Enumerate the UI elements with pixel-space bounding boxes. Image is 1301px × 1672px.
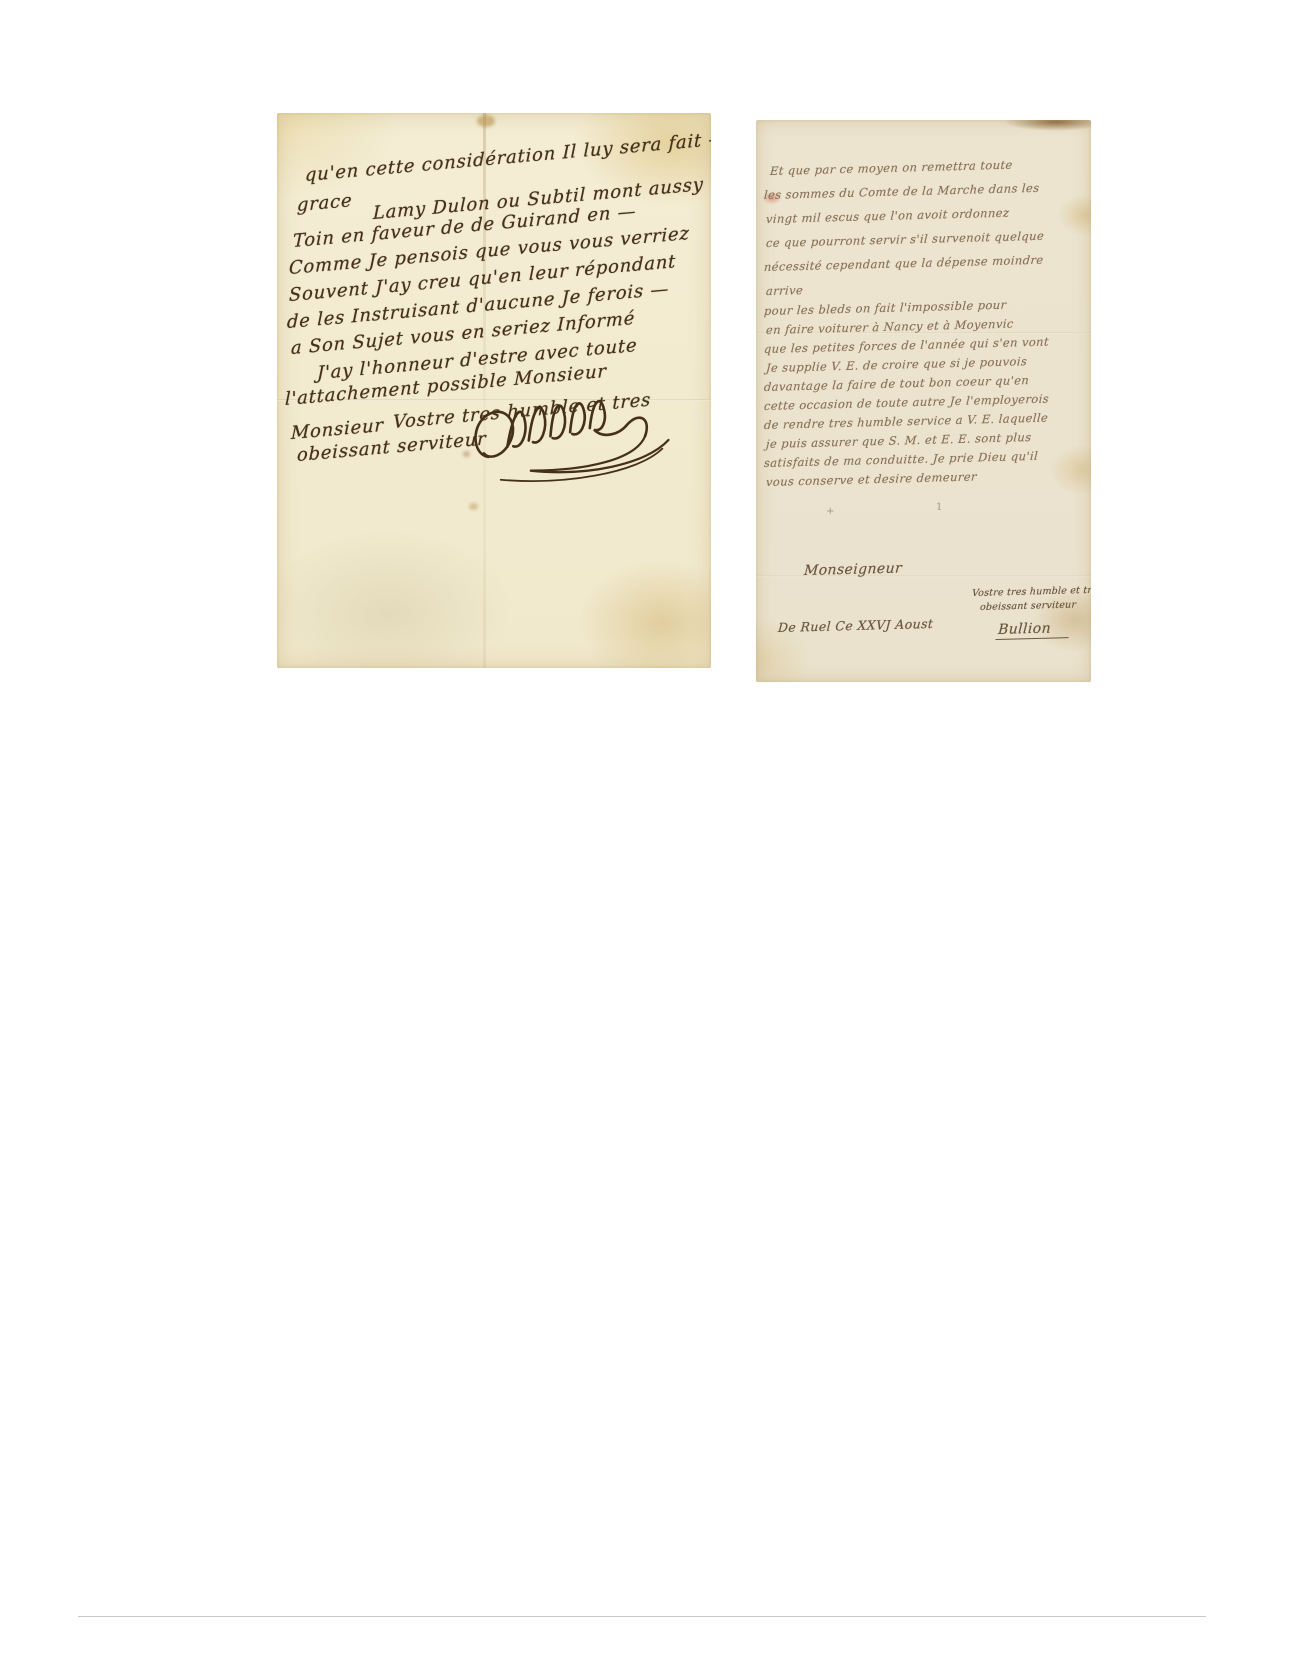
signature-bullion: Bullion (995, 620, 1069, 640)
ink-stain (477, 115, 495, 127)
dateline: De Ruel Ce XXVJ Aoust (778, 616, 934, 635)
footer-divider (78, 1616, 1206, 1617)
scanned-document-canvas: qu'en cette considération Il luy sera fa… (0, 0, 1301, 1672)
manuscript-line: Je supplie V. E. de croire que si je pou… (766, 354, 1028, 375)
salutation: Monseigneur (804, 560, 903, 579)
manuscript-line: que les petites forces de l'année qui s'… (764, 335, 1050, 356)
manuscript-line: pour les bleds on fait l'impossible pour (764, 298, 1007, 318)
signature-flourish (463, 391, 678, 486)
manuscript-line: nécessité cependant que la dépense moind… (764, 253, 1044, 274)
ink-stain (469, 503, 478, 510)
manuscript-line: cette occasion de toute autre Je l'emplo… (764, 392, 1050, 413)
manuscript-page-right: Et que par ce moyen on remettra toute le… (756, 120, 1091, 682)
manuscript-line: vous conserve et desire demeurer (766, 469, 978, 489)
pencil-mark: + (826, 506, 834, 517)
valediction-line: obeissant serviteur (980, 599, 1077, 613)
manuscript-line: davantage la faire de tout bon coeur qu'… (764, 373, 1030, 394)
manuscript-line: de rendre tres humble service a V. E. la… (764, 411, 1049, 432)
manuscript-line: je puis assurer que S. M. et E. E. sont … (766, 430, 1032, 451)
manuscript-line: grace (297, 190, 353, 216)
manuscript-line: arrive (766, 283, 804, 298)
manuscript-line: Et que par ce moyen on remettra toute (770, 158, 1014, 178)
valediction-line: Vostre tres humble et tres (972, 585, 1091, 599)
pencil-mark: 1 (936, 502, 942, 513)
manuscript-line: les sommes du Comte de la Marche dans le… (764, 181, 1040, 202)
manuscript-line: vingt mil escus que l'on avoit ordonnez (766, 206, 1010, 226)
manuscript-page-left: qu'en cette considération Il luy sera fa… (277, 113, 711, 668)
manuscript-line: ce que pourront servir s'il survenoit qu… (766, 229, 1045, 250)
manuscript-line: satisfaits de ma conduitte. Je prie Dieu… (764, 449, 1039, 470)
manuscript-line: qu'en cette considération Il luy sera fa… (305, 128, 711, 186)
